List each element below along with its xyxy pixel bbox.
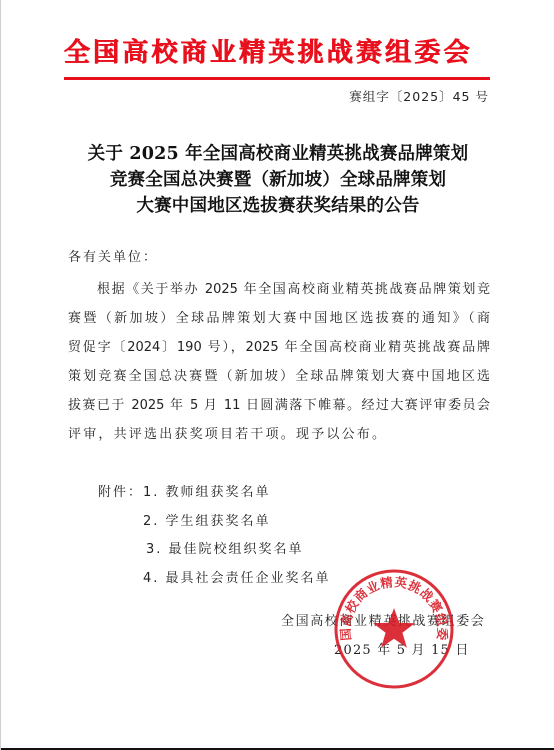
document-number: 赛组字〔2025〕45 号 [349, 87, 489, 105]
announcement-title: 关于 2025 年全国高校商业精英挑战赛品牌策划 竞赛全国总决赛暨（新加坡）全球… [41, 141, 515, 219]
body-line: 策划竞赛全国总决赛暨（新加坡）全球品牌策划大赛中国地区选 [68, 362, 490, 391]
attachments-label: 附件： [98, 479, 143, 508]
attachment-item: 4. 最具社会责任企业奖名单 [143, 565, 331, 594]
masthead-organization: 全国高校商业精英挑战赛组委会 [64, 36, 490, 70]
masthead-red-rule [64, 77, 490, 80]
body-paragraph: 根据《关于举办 2025 年全国高校商业精英挑战赛品牌策划竞 赛暨（新加坡）全球… [68, 275, 490, 449]
title-line: 关于 2025 年全国高校商业精英挑战赛品牌策划 [41, 141, 515, 167]
title-line: 大赛中国地区选拔赛获奖结果的公告 [41, 193, 515, 219]
document-page: 全国高校商业精英挑战赛组委会 赛组字〔2025〕45 号 关于 2025 年全国… [0, 0, 554, 750]
seal-text: 全国高校商业精英挑战赛组委会 [333, 568, 450, 641]
signature-organization: 全国高校商业精英挑战赛组委会 [281, 610, 485, 629]
attachment-item: 2. 学生组获奖名单 [143, 508, 271, 537]
body-line: 评审，共评选出获奖项目若干项。现予以公布。 [68, 420, 490, 449]
body-line: 贸促字〔2024〕190 号），2025 年全国高校商业精英挑战赛品牌 [68, 333, 490, 362]
attachment-item: 1. 教师组获奖名单 [143, 479, 271, 508]
body-line: 拔赛已于 2025 年 5 月 11 日圆满落下帷幕。经过大赛评审委员会 [68, 391, 490, 420]
signature-date: 2025 年 5 月 15 日 [334, 639, 470, 658]
attachment-item: 3. 最佳院校组织奖名单 [146, 536, 304, 565]
svg-text:全国高校商业精英挑战赛组委会: 全国高校商业精英挑战赛组委会 [333, 568, 450, 641]
official-seal-icon: 全国高校商业精英挑战赛组委会 [333, 568, 455, 690]
title-line: 竞赛全国总决赛暨（新加坡）全球品牌策划 [41, 167, 515, 193]
body-line: 赛暨（新加坡）全球品牌策划大赛中国地区选拔赛的通知》（商 [68, 304, 490, 333]
salutation: 各有关单位： [68, 246, 158, 265]
body-line: 根据《关于举办 2025 年全国高校商业精英挑战赛品牌策划竞 [68, 275, 490, 304]
